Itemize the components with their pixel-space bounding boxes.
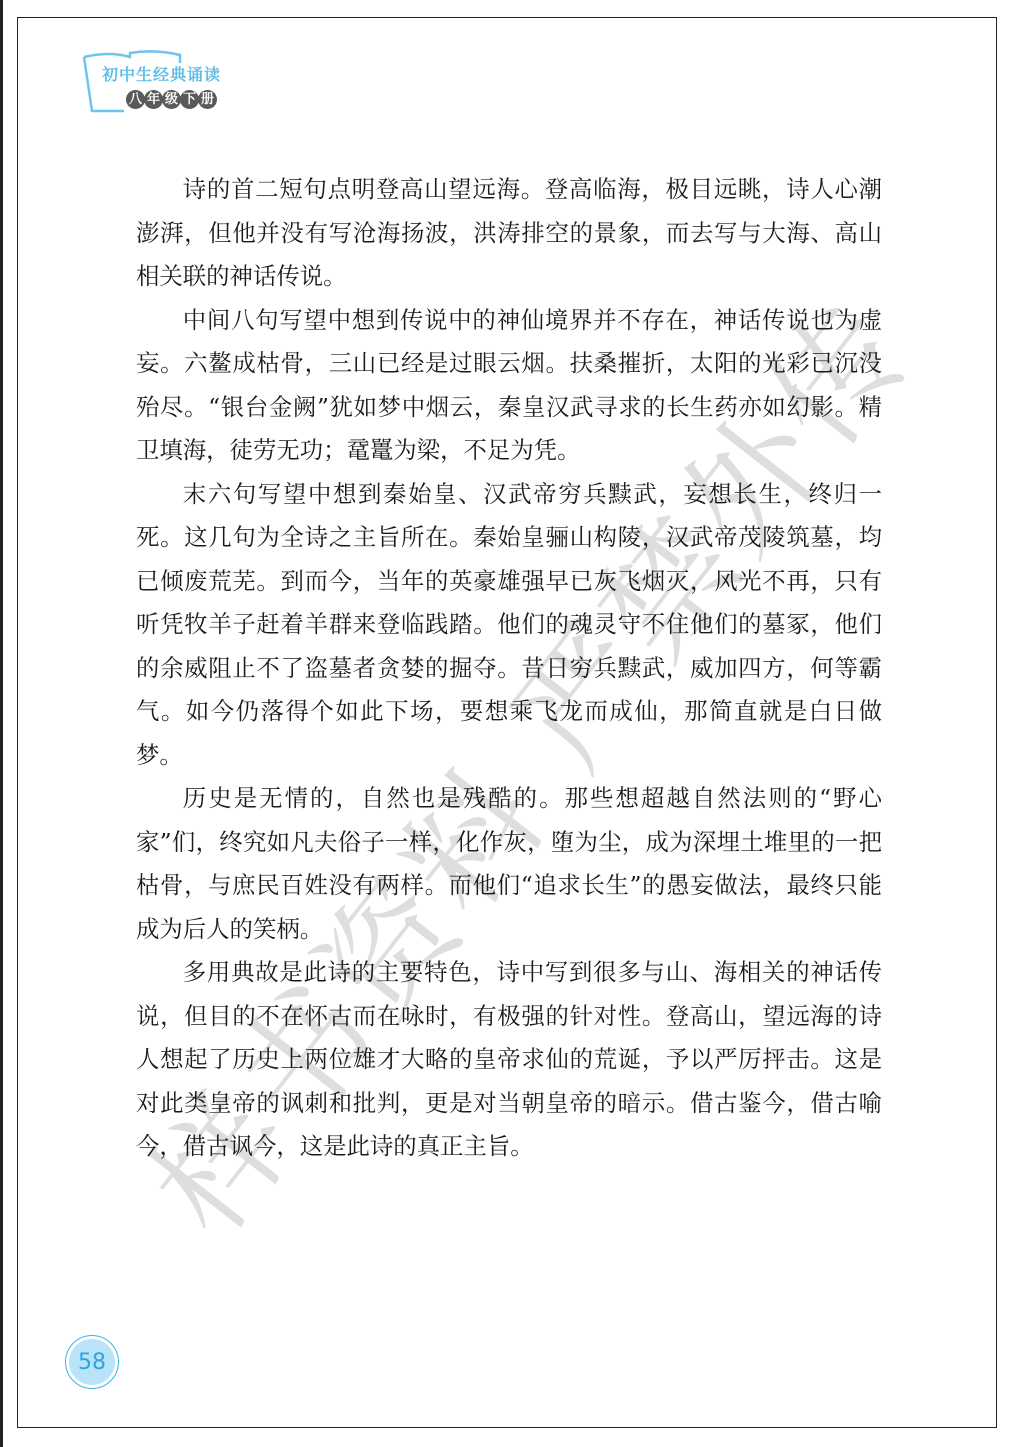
paragraph: 中间八句写望中想到传说中的神仙境界并不存在，神话传说也为虚妄。六鳌成枯骨，三山已… (136, 299, 882, 473)
paragraph: 末六句写望中想到秦始皇、汉武帝穷兵黩武，妄想长生，终归一死。这几句为全诗之主旨所… (136, 473, 882, 778)
series-title: 初中生经典诵读 (102, 62, 221, 85)
paragraph: 历史是无情的，自然也是残酷的。那些想超越自然法则的“野心家”们，终究如凡夫俗子一… (136, 777, 882, 951)
book-series-logo: 初中生经典诵读 八 年 级 下 册 (80, 45, 260, 120)
grade-char: 册 (198, 90, 217, 109)
body-text: 诗的首二短句点明登高山望远海。登高临海，极目远眺，诗人心潮澎湃，但他并没有写沧海… (136, 168, 882, 1169)
grade-char: 年 (144, 90, 163, 109)
grade-char: 八 (126, 90, 145, 109)
page-number-badge: 58 (65, 1335, 119, 1389)
page-number: 58 (69, 1339, 115, 1385)
grade-char: 级 (162, 90, 181, 109)
paragraph: 诗的首二短句点明登高山望远海。登高临海，极目远眺，诗人心潮澎湃，但他并没有写沧海… (136, 168, 882, 299)
paragraph: 多用典故是此诗的主要特色，诗中写到很多与山、海相关的神话传说，但目的不在怀古而在… (136, 951, 882, 1169)
grade-label: 八 年 级 下 册 (126, 90, 216, 109)
scan-edge-strip (0, 0, 3, 1447)
grade-char: 下 (180, 90, 199, 109)
